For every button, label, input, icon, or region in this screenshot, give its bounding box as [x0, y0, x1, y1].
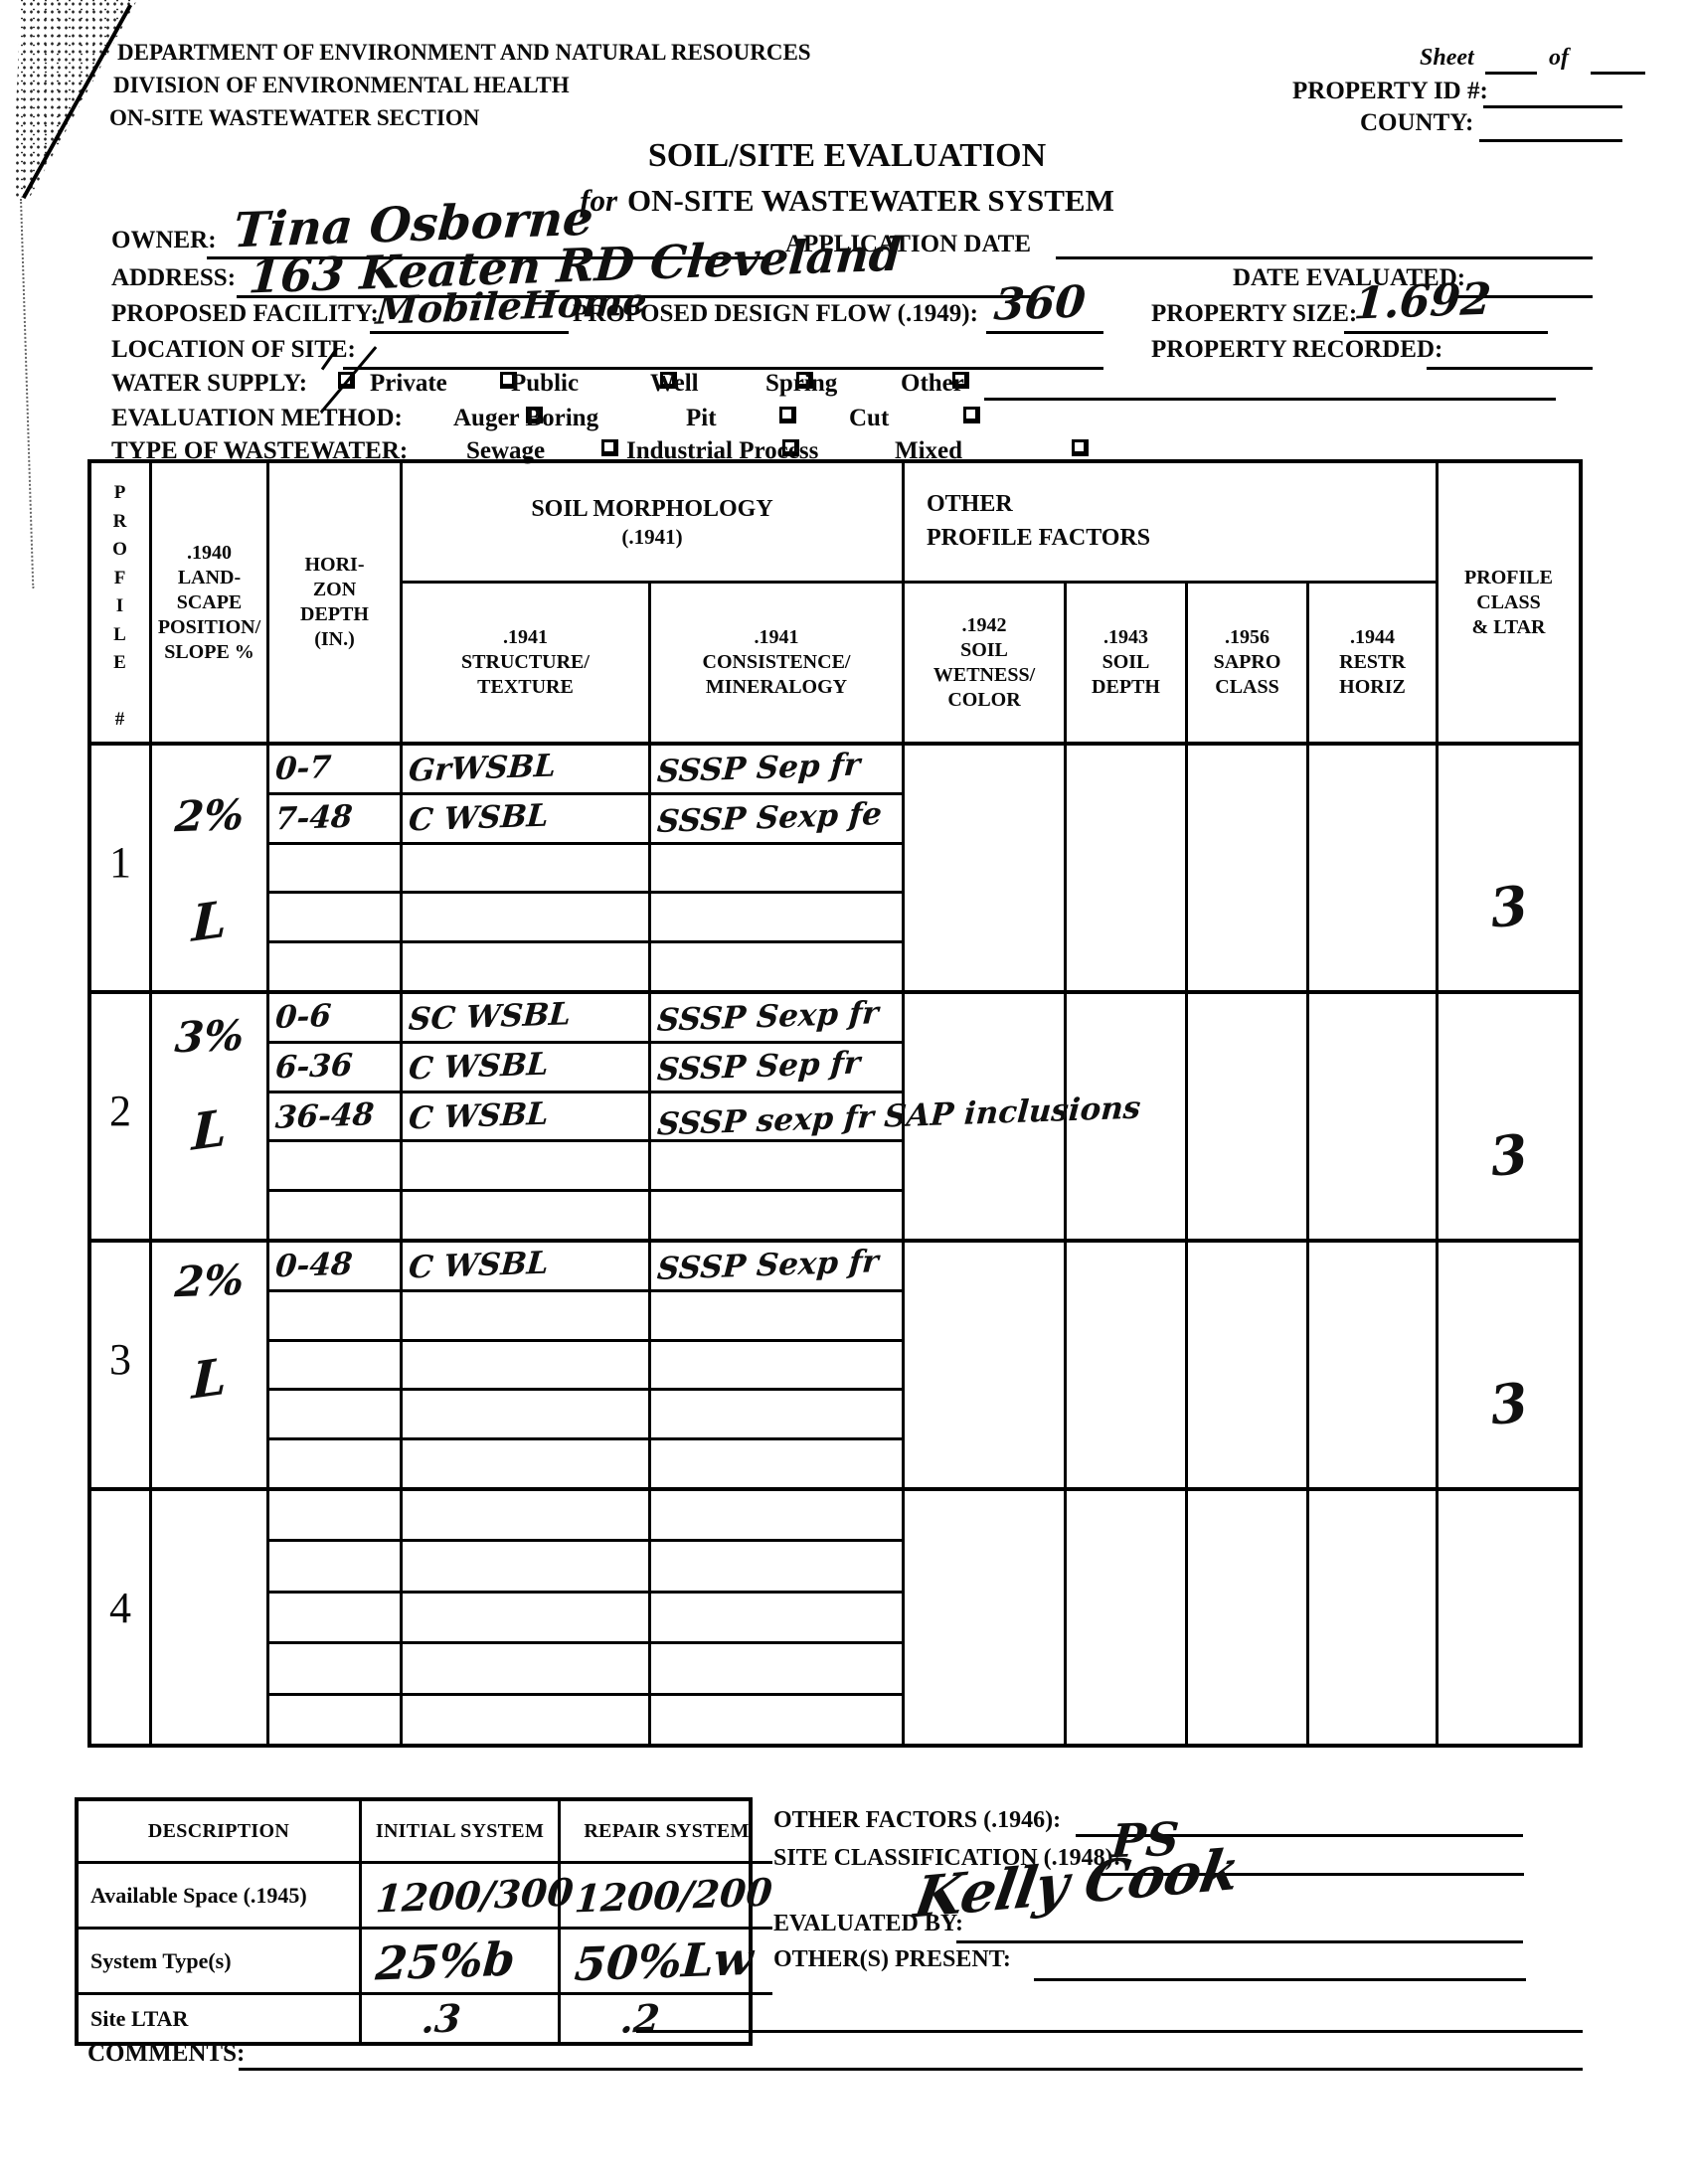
profile-2-number: 2: [91, 990, 149, 1239]
site-ltar-repair-cell: .2: [558, 1992, 772, 2042]
water-supply-private-label: Private: [370, 370, 447, 398]
profile-2-sapro-cell: [1185, 990, 1306, 1239]
profile-3-restr-cell: [1306, 1239, 1436, 1487]
soil-morphology-title: SOIL MORPHOLOGY: [531, 494, 772, 524]
profile-1-wetness-cell: [902, 742, 1064, 990]
header-sapro-class: .1956 SAPRO CLASS: [1185, 581, 1306, 742]
consistence-mineralogy-value: SSSP Sep fr: [656, 748, 862, 790]
system-types-initial-handwritten: 25%b: [374, 1932, 517, 1990]
header-description: DESCRIPTION: [79, 1801, 359, 1861]
profile-3-sapro-cell: [1185, 1239, 1306, 1487]
profile-1-class-handwritten: 3: [1486, 873, 1530, 940]
auger-boring-label: Auger Boring: [453, 405, 598, 432]
checkbox-pit[interactable]: [779, 407, 796, 423]
location-underline: [343, 367, 1103, 370]
profile-1-depth-column: 0-7 7-48: [266, 742, 400, 990]
checkbox-mixed[interactable]: [1072, 439, 1089, 456]
scan-dotted-edge-artifact: [20, 199, 34, 588]
horizon-depth-value: 0-7: [274, 750, 333, 787]
profile-2-slope-handwritten: 3%: [173, 1011, 246, 1063]
profile-2-class-cell: 3: [1436, 990, 1579, 1239]
sheet-total-underline: [1591, 72, 1645, 75]
application-date-underline: [1056, 256, 1593, 259]
profile-4-wetness-cell: [902, 1487, 1064, 1744]
profile-4-class-cell: [1436, 1487, 1579, 1744]
design-flow-underline: [986, 331, 1103, 334]
profile-3-soil-depth-cell: [1064, 1239, 1185, 1487]
sheet-number-underline: [1485, 72, 1537, 75]
site-ltar-initial-handwritten: .3: [420, 1995, 462, 2042]
profile-3-slope-handwritten: 2%: [173, 1256, 246, 1307]
water-supply-well-label: Well: [650, 370, 699, 398]
system-types-initial-cell: 25%b: [359, 1927, 558, 1992]
sheet-of-label: of: [1549, 45, 1569, 72]
header-initial-system: INITIAL SYSTEM: [359, 1801, 558, 1861]
consistence-mineralogy-value: SSSP Sexp fr: [656, 995, 880, 1039]
profile-3-number: 3: [91, 1239, 149, 1487]
department-line-1: DEPARTMENT OF ENVIRONMENT AND NATURAL RE…: [117, 40, 811, 66]
available-space-initial-handwritten: 1200/300: [374, 1869, 575, 1921]
available-space-repair-handwritten: 1200/200: [573, 1869, 773, 1921]
profile-2-landscape-cell: 3% L: [149, 990, 266, 1239]
water-supply-other-label: Other: [901, 370, 964, 398]
pit-label: Pit: [686, 405, 717, 432]
other-factors-label: OTHER FACTORS (.1946):: [773, 1807, 1061, 1834]
profile-2-shape-handwritten: L: [191, 1097, 228, 1162]
comments-label: COMMENTS:: [87, 2040, 245, 2068]
profile-1-slope-handwritten: 2%: [173, 790, 246, 842]
header-soil-morphology-group: SOIL MORPHOLOGY (.1941): [400, 463, 902, 581]
profile-2-consistence-column: SSSP Sexp fr SSSP Sep fr SSSP sexp fr SA…: [648, 990, 902, 1239]
profile-3-landscape-cell: 2% L: [149, 1239, 266, 1487]
property-id-label: PROPERTY ID #:: [1292, 78, 1488, 105]
profile-3-wetness-cell: [902, 1239, 1064, 1487]
profile-1-shape-handwritten: L: [191, 889, 228, 953]
others-present-underline: [1034, 1978, 1526, 1981]
system-types-repair-cell: 50%Lw: [558, 1927, 772, 1992]
cut-label: Cut: [849, 405, 889, 432]
horizon-depth-value: 36-48: [274, 1096, 376, 1136]
profile-1-landscape-cell: 2% L: [149, 742, 266, 990]
header-structure-texture: .1941 STRUCTURE/ TEXTURE: [400, 581, 648, 742]
property-recorded-underline: [1427, 367, 1593, 370]
checkbox-sewage[interactable]: [601, 439, 618, 456]
county-label: COUNTY:: [1360, 109, 1473, 137]
profile-3-depth-column: 0-48: [266, 1239, 400, 1487]
row-site-ltar-label: Site LTAR: [79, 1992, 359, 2042]
water-supply-label: WATER SUPPLY:: [111, 370, 307, 398]
checkbox-cut[interactable]: [963, 407, 980, 423]
profile-4-consistence-column: [648, 1487, 902, 1744]
profile-4-depth-column: [266, 1487, 400, 1744]
profile-4-number: 4: [91, 1487, 149, 1744]
soil-morphology-rule-number: (.1941): [621, 524, 682, 550]
row-available-space-label: Available Space (.1945): [79, 1861, 359, 1927]
header-profile-class-ltar: PROFILE CLASS & LTAR: [1436, 463, 1579, 742]
sheet-label: Sheet: [1420, 45, 1474, 72]
structure-texture-value: SC WSBL: [408, 996, 572, 1038]
site-ltar-repair-handwritten: .2: [618, 1995, 661, 2042]
header-soil-depth: .1943 SOIL DEPTH: [1064, 581, 1185, 742]
water-supply-public-label: Public: [511, 370, 579, 398]
profile-2-structure-column: SC WSBL C WSBL C WSBL: [400, 990, 648, 1239]
checkbox-private[interactable]: [338, 372, 355, 389]
owner-label: OWNER:: [111, 227, 217, 254]
consistence-mineralogy-value: SSSP Sexp fr: [656, 1244, 880, 1287]
title-system-text: ON-SITE WASTEWATER SYSTEM: [627, 183, 1114, 218]
others-present-label: OTHER(S) PRESENT:: [773, 1946, 1011, 1973]
address-label: ADDRESS:: [111, 264, 236, 292]
profile-2-depth-column: 0-6 6-36 36-48: [266, 990, 400, 1239]
profile-1-consistence-column: SSSP Sep fr SSSP Sexp fe: [648, 742, 902, 990]
profile-2-restr-cell: [1306, 990, 1436, 1239]
consistence-mineralogy-value: SSSP Sep fr: [656, 1046, 862, 1089]
form-title-line1: SOIL/SITE EVALUATION: [0, 137, 1694, 175]
profile-3-consistence-column: SSSP Sexp fr: [648, 1239, 902, 1487]
stray-ruled-line: [636, 2030, 1583, 2033]
profile-3-class-cell: 3: [1436, 1239, 1579, 1487]
structure-texture-value: C WSBL: [408, 1246, 550, 1286]
header-profile-number: P R O F I L E #: [91, 463, 149, 742]
profile-1-structure-column: GrWSBL C WSBL: [400, 742, 648, 990]
structure-texture-value: GrWSBL: [408, 749, 557, 789]
department-line-3: ON-SITE WASTEWATER SECTION: [109, 105, 479, 131]
proposed-facility-label: PROPOSED FACILITY:: [111, 300, 379, 328]
profile-3-shape-handwritten: L: [191, 1346, 228, 1411]
profile-3-structure-column: C WSBL: [400, 1239, 648, 1487]
location-of-site-label: LOCATION OF SITE:: [111, 336, 356, 364]
scanned-soil-site-evaluation-form: DEPARTMENT OF ENVIRONMENT AND NATURAL RE…: [0, 0, 1694, 2184]
horizon-depth-value: 0-6: [274, 998, 333, 1036]
water-supply-spring-label: Spring: [765, 370, 837, 398]
header-other-profile-factors-group: OTHER PROFILE FACTORS: [902, 463, 1436, 581]
property-size-handwritten-value: 1.692: [1352, 274, 1492, 330]
system-summary-table: DESCRIPTION INITIAL SYSTEM REPAIR SYSTEM…: [75, 1797, 753, 2046]
profile-1-restr-cell: [1306, 742, 1436, 990]
header-soil-wetness-color: .1942 SOIL WETNESS/ COLOR: [902, 581, 1064, 742]
soil-profile-table: P R O F I L E # .1940 LAND- SCAPE POSITI…: [87, 459, 1583, 1748]
header-consistence-mineralogy: .1941 CONSISTENCE/ MINERALOGY: [648, 581, 902, 742]
profile-4-restr-cell: [1306, 1487, 1436, 1744]
header-horizon-depth: HORI- ZON DEPTH (IN.): [266, 463, 400, 742]
available-space-initial-cell: 1200/300: [359, 1861, 558, 1927]
profile-2-class-handwritten: 3: [1486, 1121, 1530, 1189]
evaluated-by-underline: [956, 1940, 1523, 1943]
department-line-2: DIVISION OF ENVIRONMENTAL HEALTH: [113, 73, 570, 98]
header-repair-system: REPAIR SYSTEM: [558, 1801, 772, 1861]
profile-4-structure-column: [400, 1487, 648, 1744]
structure-texture-value: C WSBL: [408, 1095, 550, 1136]
property-size-label: PROPERTY SIZE:: [1151, 300, 1357, 328]
row-system-types-label: System Type(s): [79, 1927, 359, 1992]
header-landscape-position: .1940 LAND- SCAPE POSITION/ SLOPE %: [149, 463, 266, 742]
profile-1-number: 1: [91, 742, 149, 990]
profile-1-soil-depth-cell: [1064, 742, 1185, 990]
profile-4-landscape-cell: [149, 1487, 266, 1744]
profile-1-sapro-cell: [1185, 742, 1306, 990]
header-restr-horiz: .1944 RESTR HORIZ: [1306, 581, 1436, 742]
system-types-repair-handwritten: 50%Lw: [573, 1931, 755, 1990]
property-size-underline: [1344, 331, 1548, 334]
design-flow-handwritten-value: 360: [992, 276, 1087, 330]
horizon-depth-value: 6-36: [274, 1048, 354, 1087]
horizon-depth-value: 0-48: [274, 1247, 354, 1285]
comments-underline: [239, 2068, 1583, 2071]
design-flow-label: PROPOSED DESIGN FLOW (.1949):: [573, 300, 978, 328]
profile-3-class-handwritten: 3: [1486, 1370, 1530, 1437]
water-supply-other-underline: [984, 398, 1556, 401]
property-id-underline: [1483, 105, 1622, 108]
property-recorded-label: PROPERTY RECORDED:: [1151, 336, 1442, 364]
available-space-repair-cell: 1200/200: [558, 1861, 772, 1927]
evaluation-method-label: EVALUATION METHOD:: [111, 405, 403, 432]
site-ltar-initial-cell: .3: [359, 1992, 558, 2042]
consistence-mineralogy-value: SSSP Sexp fe: [656, 796, 883, 840]
horizon-depth-value: 7-48: [274, 799, 354, 838]
profile-1-class-cell: 3: [1436, 742, 1579, 990]
structure-texture-value: C WSBL: [408, 1047, 550, 1088]
structure-texture-value: C WSBL: [408, 798, 550, 839]
profile-4-soil-depth-cell: [1064, 1487, 1185, 1744]
profile-4-sapro-cell: [1185, 1487, 1306, 1744]
